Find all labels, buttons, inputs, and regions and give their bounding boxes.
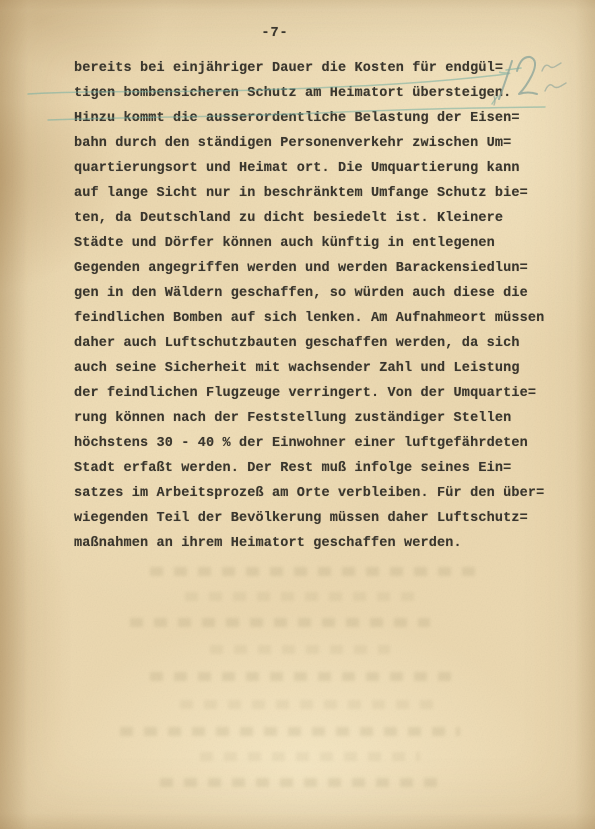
paper-page: -7- bereits bei einjähriger Dauer die Ko… — [0, 0, 595, 829]
paper-grain-texture — [0, 0, 595, 829]
